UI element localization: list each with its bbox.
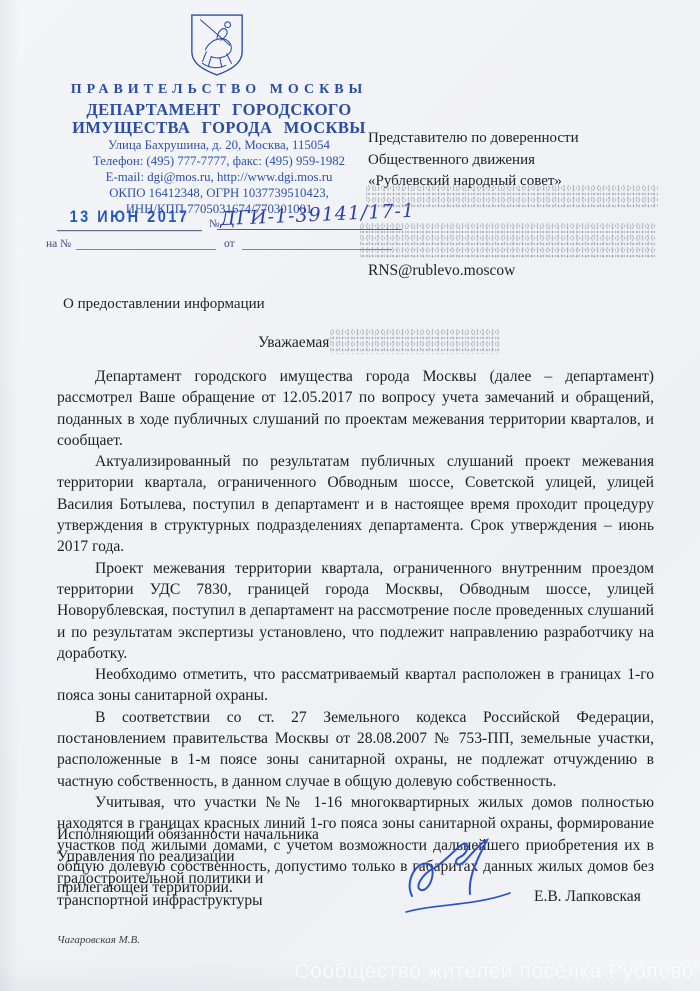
salutation: Уважаемая xyxy=(258,334,329,352)
executor-name: Чагаровская М.В. xyxy=(57,934,140,946)
recipient-line2: Общественного движения xyxy=(368,150,668,172)
redacted-recipient-name xyxy=(366,184,658,208)
government-title: ПРАВИТЕЛЬСТВО МОСКВЫ xyxy=(0,82,438,98)
signer-position-line1: Исполняющий обязанности начальника xyxy=(57,824,357,846)
date-number-row: 13 ИЮН 2017 № ДГИ-1-39141/17-1 xyxy=(57,208,367,234)
signer-position-line4: транспортной инфраструктуры xyxy=(57,890,357,912)
signer-position-line2: Управления по реализации xyxy=(57,846,357,868)
department-name-line1: ДЕПАРТАМЕНТ ГОРОДСКОГО xyxy=(0,100,438,120)
recipient-line1: Представителю по доверенности xyxy=(368,128,668,150)
redacted-addressee-name xyxy=(330,328,500,354)
signer-position-block: Исполняющий обязанности начальника Управ… xyxy=(57,824,357,912)
signer-name: Е.В. Лапковская xyxy=(534,888,641,906)
scanned-letter-page: ПРАВИТЕЛЬСТВО МОСКВЫ ДЕПАРТАМЕНТ ГОРОДСК… xyxy=(0,0,700,991)
paragraph-1: Департамент городского имущества города … xyxy=(57,366,654,451)
moscow-coat-of-arms-icon xyxy=(188,12,246,78)
ref-na-label: на № xyxy=(46,238,71,250)
signer-position-line3: градостроительной политики и xyxy=(57,868,357,890)
recipient-email: RNS@rublevo.moscow xyxy=(368,262,515,280)
date-stamp: 13 ИЮН 2017 xyxy=(57,209,202,231)
paragraph-3: Проект межевания территории квартала, ог… xyxy=(57,558,654,664)
ref-ot-label: от xyxy=(224,238,235,250)
subject-line: О предоставлении информации xyxy=(63,296,265,313)
handwritten-signature xyxy=(402,836,532,920)
watermark-text: Сообщество жителей посёлка Рублёво xyxy=(0,960,694,984)
paragraph-5: В соответствии со ст. 27 Земельного коде… xyxy=(57,707,654,792)
reference-row: на № от xyxy=(46,238,366,254)
recipient-block: Представителю по доверенности Общественн… xyxy=(368,128,668,193)
letter-body: Департамент городского имущества города … xyxy=(57,366,654,898)
redacted-recipient-address xyxy=(360,222,656,258)
paragraph-2: Актуализированный по результатам публичн… xyxy=(57,451,654,557)
ref-na-underline xyxy=(76,249,216,250)
paragraph-4: Необходимо отметить, что рассматриваемый… xyxy=(57,664,654,707)
